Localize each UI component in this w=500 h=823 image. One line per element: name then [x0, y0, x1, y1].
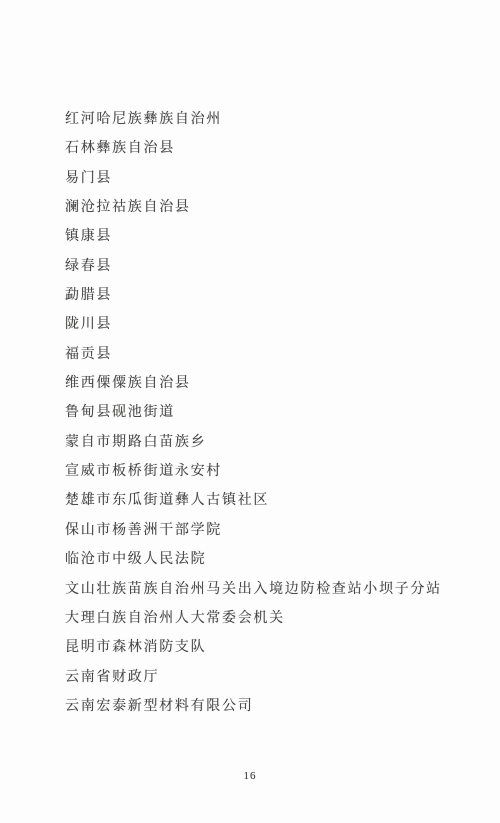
- list-item: 楚雄市东瓜街道彝人古镇社区: [65, 486, 480, 515]
- list-item: 云南省财政厅: [65, 663, 480, 692]
- list-item: 宣威市板桥街道永安村: [65, 457, 480, 486]
- list-item: 红河哈尼族彝族自治州: [65, 105, 480, 134]
- list-item: 陇川县: [65, 310, 480, 339]
- list-item: 澜沧拉祜族自治县: [65, 193, 480, 222]
- list-item: 镇康县: [65, 222, 480, 251]
- list-item: 保山市杨善洲干部学院: [65, 516, 480, 545]
- page-number: 16: [0, 770, 500, 782]
- list-item: 文山壮族苗族自治州马关出入境边防检查站小坝子分站: [65, 575, 480, 604]
- entry-list: 红河哈尼族彝族自治州石林彝族自治县易门县澜沧拉祜族自治县镇康县绿春县勐腊县陇川县…: [65, 105, 480, 721]
- list-item: 昆明市森林消防支队: [65, 633, 480, 662]
- list-item: 云南宏泰新型材料有限公司: [65, 692, 480, 721]
- list-item: 易门县: [65, 164, 480, 193]
- list-item: 维西傈僳族自治县: [65, 369, 480, 398]
- list-item: 蒙自市期路白苗族乡: [65, 428, 480, 457]
- list-item: 绿春县: [65, 252, 480, 281]
- list-item: 勐腊县: [65, 281, 480, 310]
- list-item: 鲁甸县砚池街道: [65, 398, 480, 427]
- list-item: 石林彝族自治县: [65, 134, 480, 163]
- list-item: 临沧市中级人民法院: [65, 545, 480, 574]
- document-page: 红河哈尼族彝族自治州石林彝族自治县易门县澜沧拉祜族自治县镇康县绿春县勐腊县陇川县…: [0, 0, 500, 823]
- list-item: 大理白族自治州人大常委会机关: [65, 604, 480, 633]
- list-item: 福贡县: [65, 340, 480, 369]
